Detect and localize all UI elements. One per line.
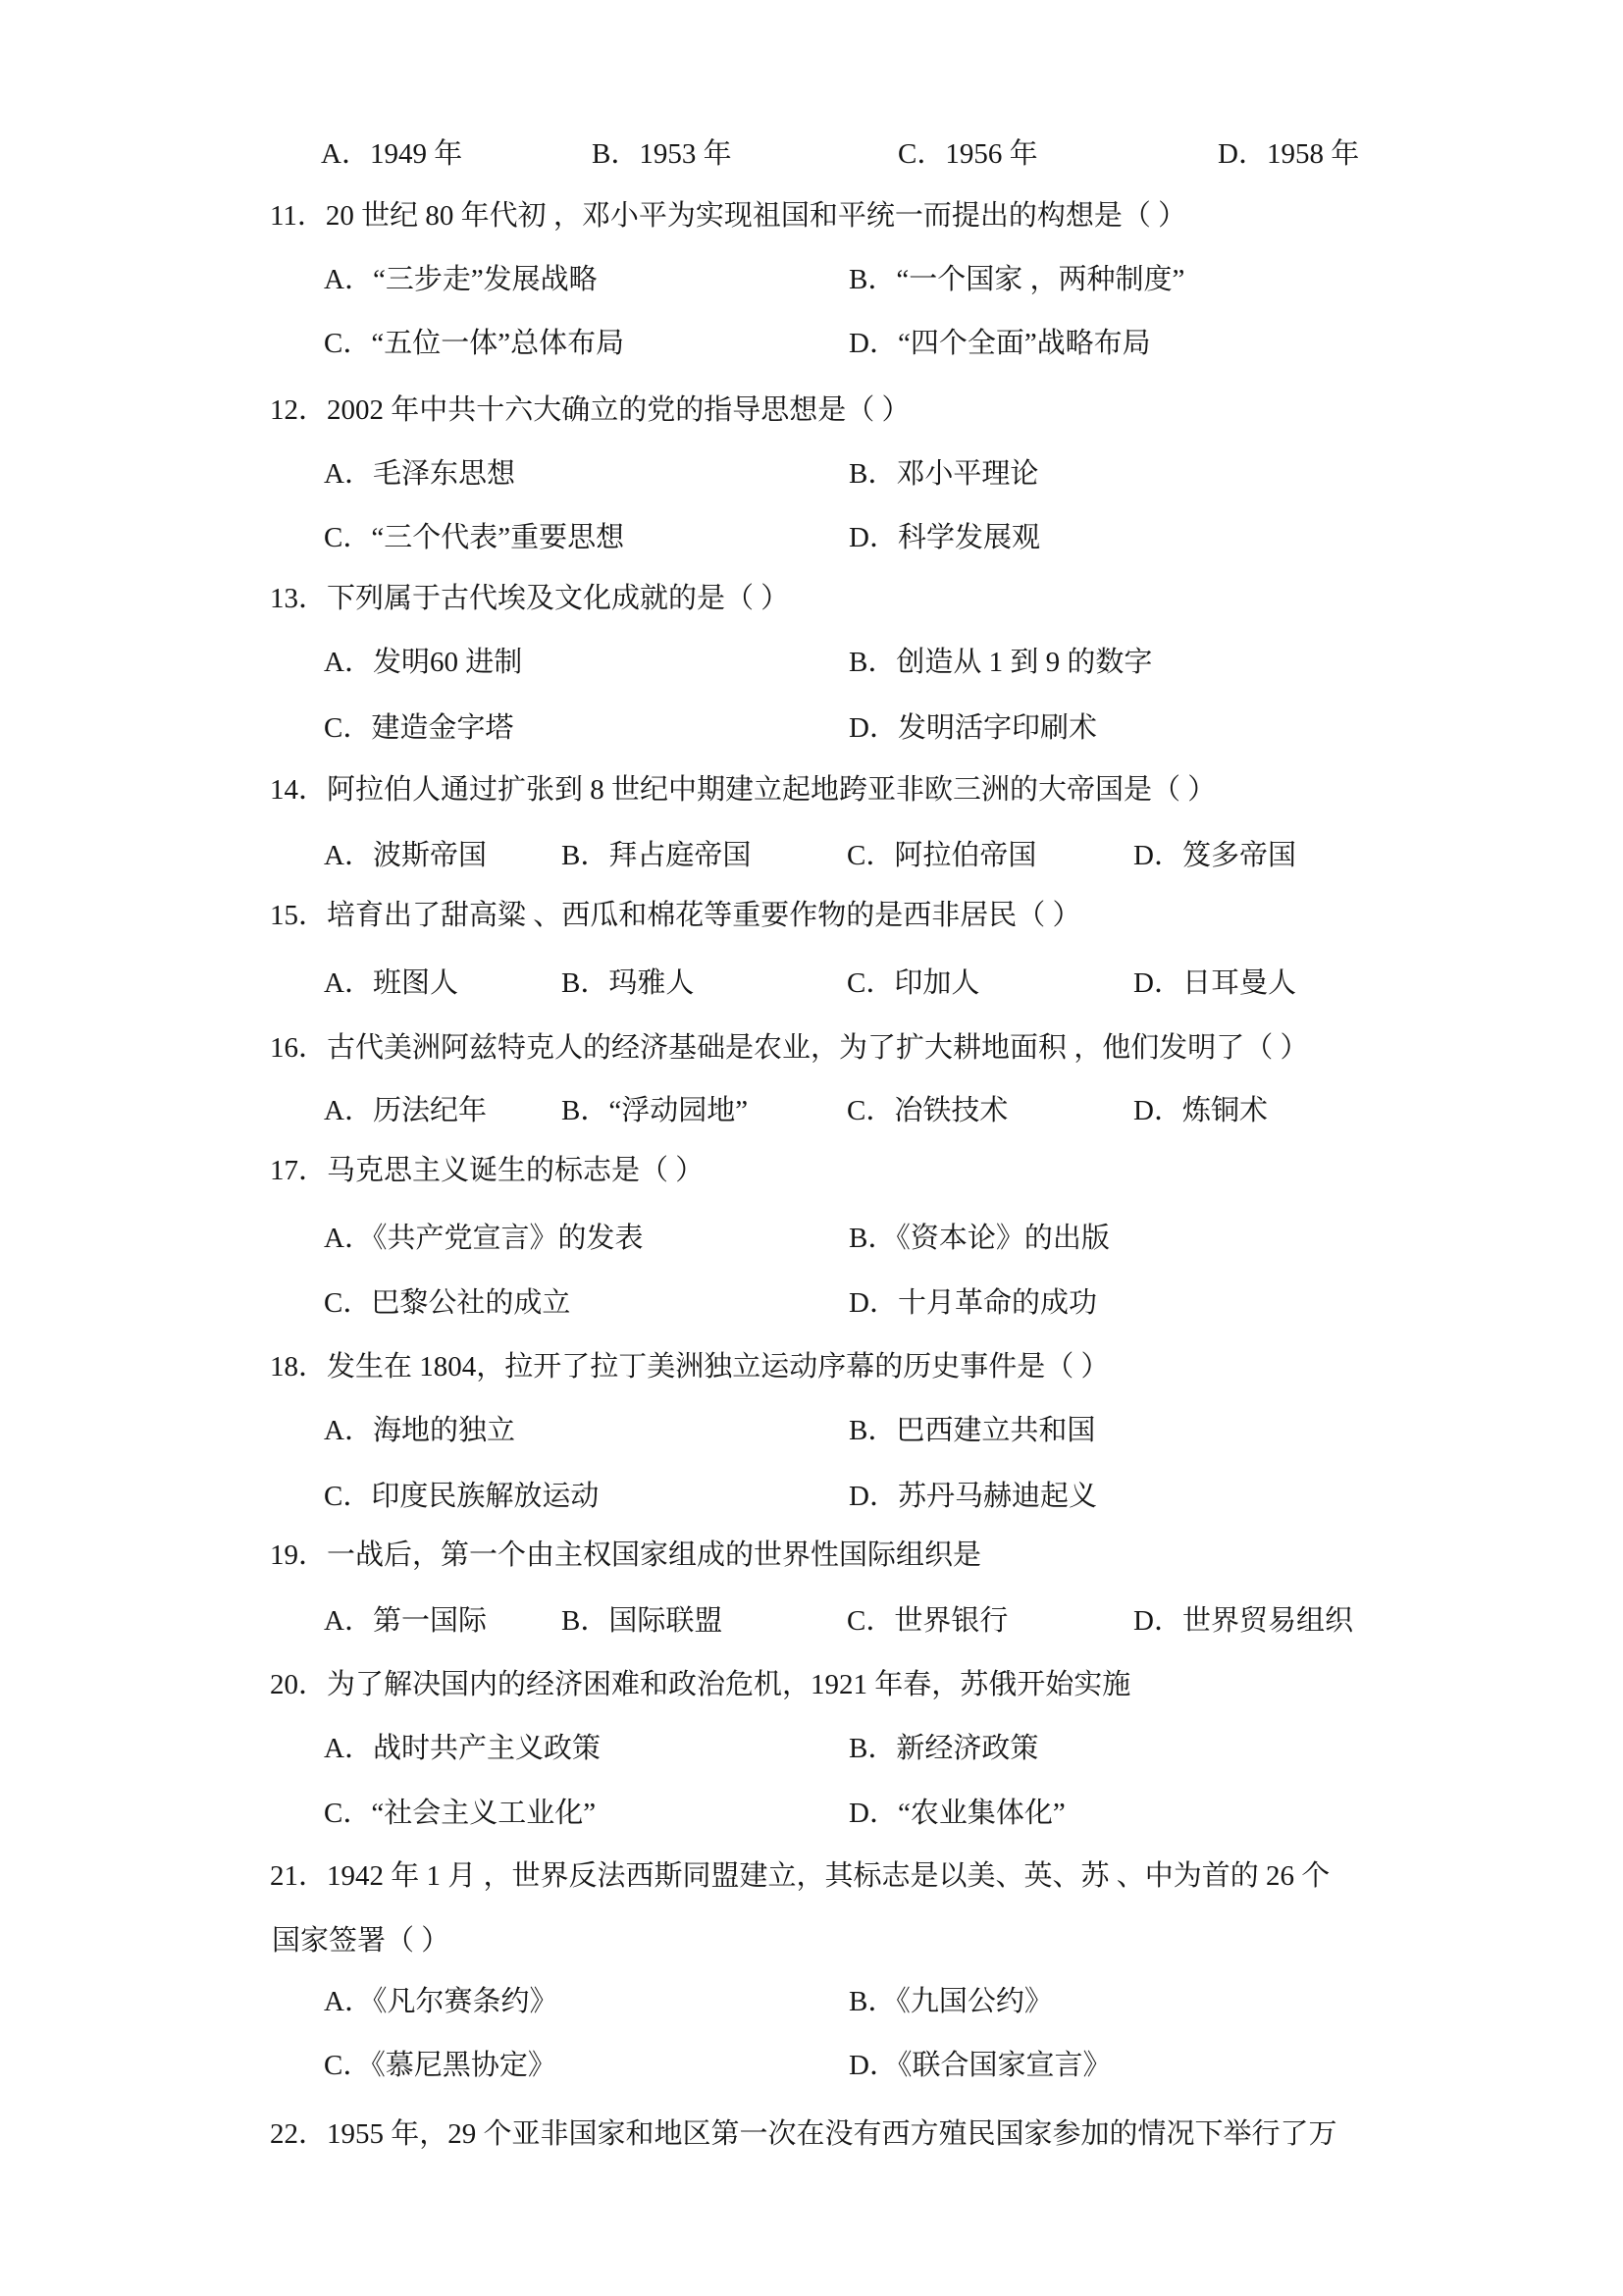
- question-22-row: 22．1955 年，29 个亚非国家和地区第一次在没有西方殖民国家参加的情况下举…: [0, 2113, 1623, 2156]
- question-17-options-row-2: C．巴黎公社的成立 D．十月革命的成功: [0, 1281, 1623, 1325]
- question-22-stem: 22．1955 年，29 个亚非国家和地区第一次在没有西方殖民国家参加的情况下举…: [270, 2113, 1337, 2156]
- question-20-option-d: D．“农业集体化”: [849, 1792, 1066, 1835]
- question-17-option-c: C．巴黎公社的成立: [324, 1281, 570, 1325]
- question-18-option-d: D．苏丹马赫迪起义: [849, 1475, 1097, 1518]
- question-15-row: 15．培育出了甜高粱 、西瓜和棉花等重要作物的是西非居民（ ）: [0, 894, 1623, 937]
- question-16-option-b: B．“浮动园地”: [561, 1089, 748, 1132]
- question-15-option-c: C．印加人: [847, 962, 979, 1005]
- question-12-option-a: A．毛泽东思想: [324, 452, 515, 496]
- question-13-options-row-1: A．发明60 进制 B．创造从 1 到 9 的数字: [0, 641, 1623, 684]
- question-12-stem: 12．2002 年中共十六大确立的党的指导思想是（ ）: [270, 389, 911, 432]
- question-21-options-row-2: C．《慕尼黑协定》 D．《联合国家宣言》: [0, 2044, 1623, 2087]
- question-10-option-d: D．1958 年: [1218, 132, 1359, 176]
- question-19-option-a: A．第一国际: [324, 1599, 487, 1643]
- question-15-stem: 15．培育出了甜高粱 、西瓜和棉花等重要作物的是西非居民（ ）: [270, 894, 1081, 937]
- question-18-options-row-2: C．印度民族解放运动 D．苏丹马赫迪起义: [0, 1475, 1623, 1518]
- question-12-row: 12．2002 年中共十六大确立的党的指导思想是（ ）: [0, 389, 1623, 432]
- question-11-row: 11．20 世纪 80 年代初 ，邓小平为实现祖国和平统一而提出的构想是（ ）: [0, 194, 1623, 237]
- question-11-stem: 11．20 世纪 80 年代初 ，邓小平为实现祖国和平统一而提出的构想是（ ）: [270, 194, 1186, 237]
- question-10-option-b: B．1953 年: [592, 132, 732, 176]
- question-18-option-b: B．巴西建立共和国: [849, 1409, 1095, 1452]
- question-10-option-c: C．1956 年: [898, 132, 1038, 176]
- question-15-options-row: A．班图人 B．玛雅人 C．印加人 D．日耳曼人: [0, 962, 1623, 1005]
- question-18-option-c: C．印度民族解放运动: [324, 1475, 599, 1518]
- question-15-option-a: A．班图人: [324, 962, 458, 1005]
- question-17-stem: 17．马克思主义诞生的标志是（ ）: [270, 1149, 704, 1192]
- question-12-option-b: B．邓小平理论: [849, 452, 1038, 496]
- question-14-option-b: B．拜占庭帝国: [561, 834, 751, 877]
- question-11-option-a: A．“三步走”发展战略: [324, 258, 598, 301]
- question-20-options-row-2: C．“社会主义工业化” D．“农业集体化”: [0, 1792, 1623, 1835]
- question-12-options-row-1: A．毛泽东思想 B．邓小平理论: [0, 452, 1623, 496]
- question-18-row: 18．发生在 1804，拉开了拉丁美洲独立运动序幕的历史事件是（ ）: [0, 1345, 1623, 1388]
- question-15-option-d: D．日耳曼人: [1133, 962, 1296, 1005]
- question-12-option-d: D．科学发展观: [849, 516, 1040, 559]
- question-11-option-b: B．“一个国家 ，两种制度”: [849, 258, 1184, 301]
- question-12-option-c: C．“三个代表”重要思想: [324, 516, 624, 559]
- question-18-option-a: A．海地的独立: [324, 1409, 515, 1452]
- question-13-option-c: C．建造金字塔: [324, 706, 513, 750]
- question-19-row: 19．一战后，第一个由主权国家组成的世界性国际组织是: [0, 1534, 1623, 1577]
- question-14-option-d: D．笈多帝国: [1133, 834, 1296, 877]
- question-17-option-a: A．《共产党宣言》的发表: [324, 1217, 643, 1260]
- question-21-option-a: A．《凡尔赛条约》: [324, 1980, 557, 2023]
- question-21-stem: 21．1942 年 1 月 ，世界反法西斯同盟建立，其标志是以美、英、苏 、中为…: [270, 1854, 1330, 1898]
- question-11-option-d: D．“四个全面”战略布局: [849, 322, 1151, 365]
- question-12-options-row-2: C．“三个代表”重要思想 D．科学发展观: [0, 516, 1623, 559]
- question-20-option-c: C．“社会主义工业化”: [324, 1792, 596, 1835]
- question-18-options-row-1: A．海地的独立 B．巴西建立共和国: [0, 1409, 1623, 1452]
- question-17-option-d: D．十月革命的成功: [849, 1281, 1097, 1325]
- question-16-option-c: C．冶铁技术: [847, 1089, 1008, 1132]
- question-10-option-a: A．1949 年: [321, 132, 462, 176]
- question-21-row: 21．1942 年 1 月 ，世界反法西斯同盟建立，其标志是以美、英、苏 、中为…: [0, 1854, 1623, 1898]
- question-14-stem: 14．阿拉伯人通过扩张到 8 世纪中期建立起地跨亚非欧三洲的大帝国是（ ）: [270, 768, 1216, 811]
- question-10-options-row: A．1949 年 B．1953 年 C．1956 年 D．1958 年: [0, 132, 1623, 176]
- question-17-options-row-1: A．《共产党宣言》的发表 B．《资本论》的出版: [0, 1217, 1623, 1260]
- question-21-stem-continued: 国家签署（ ）: [272, 1919, 449, 1962]
- question-20-row: 20．为了解决国内的经济困难和政治危机，1921 年春，苏俄开始实施: [0, 1663, 1623, 1706]
- question-20-option-b: B．新经济政策: [849, 1727, 1038, 1770]
- question-20-stem: 20．为了解决国内的经济困难和政治危机，1921 年春，苏俄开始实施: [270, 1663, 1130, 1706]
- question-18-stem: 18．发生在 1804，拉开了拉丁美洲独立运动序幕的历史事件是（ ）: [270, 1345, 1110, 1388]
- question-20-option-a: A．战时共产主义政策: [324, 1727, 601, 1770]
- question-21-options-row-1: A．《凡尔赛条约》 B．《九国公约》: [0, 1980, 1623, 2023]
- question-21-option-c: C．《慕尼黑协定》: [324, 2044, 556, 2087]
- question-14-option-a: A．波斯帝国: [324, 834, 487, 877]
- question-19-option-d: D．世界贸易组织: [1133, 1599, 1353, 1643]
- question-13-row: 13．下列属于古代埃及文化成就的是（ ）: [0, 577, 1623, 620]
- question-14-row: 14．阿拉伯人通过扩张到 8 世纪中期建立起地跨亚非欧三洲的大帝国是（ ）: [0, 768, 1623, 811]
- question-13-option-b: B．创造从 1 到 9 的数字: [849, 641, 1152, 684]
- question-16-options-row: A．历法纪年 B．“浮动园地” C．冶铁技术 D．炼铜术: [0, 1089, 1623, 1132]
- question-11-options-row-1: A．“三步走”发展战略 B．“一个国家 ，两种制度”: [0, 258, 1623, 301]
- question-21-option-b: B．《九国公约》: [849, 1980, 1053, 2023]
- question-16-option-a: A．历法纪年: [324, 1089, 487, 1132]
- question-14-option-c: C．阿拉伯帝国: [847, 834, 1036, 877]
- question-17-option-b: B．《资本论》的出版: [849, 1217, 1110, 1260]
- question-20-options-row-1: A．战时共产主义政策 B．新经济政策: [0, 1727, 1623, 1770]
- question-13-option-a: A．发明60 进制: [324, 641, 522, 684]
- question-21-row-continued: 国家签署（ ）: [0, 1919, 1623, 1962]
- question-17-row: 17．马克思主义诞生的标志是（ ）: [0, 1149, 1623, 1192]
- question-21-option-d: D．《联合国家宣言》: [849, 2044, 1111, 2087]
- question-16-row: 16．古代美洲阿兹特克人的经济基础是农业，为了扩大耕地面积 ，他们发明了（ ）: [0, 1026, 1623, 1070]
- question-16-option-d: D．炼铜术: [1133, 1089, 1268, 1132]
- question-11-option-c: C．“五位一体”总体布局: [324, 322, 624, 365]
- question-19-stem: 19．一战后，第一个由主权国家组成的世界性国际组织是: [270, 1534, 981, 1577]
- question-15-option-b: B．玛雅人: [561, 962, 694, 1005]
- question-19-option-c: C．世界银行: [847, 1599, 1008, 1643]
- question-13-stem: 13．下列属于古代埃及文化成就的是（ ）: [270, 577, 789, 620]
- question-14-options-row: A．波斯帝国 B．拜占庭帝国 C．阿拉伯帝国 D．笈多帝国: [0, 834, 1623, 877]
- question-19-option-b: B．国际联盟: [561, 1599, 722, 1643]
- question-13-options-row-2: C．建造金字塔 D．发明活字印刷术: [0, 706, 1623, 750]
- question-13-option-d: D．发明活字印刷术: [849, 706, 1097, 750]
- question-11-options-row-2: C．“五位一体”总体布局 D．“四个全面”战略布局: [0, 322, 1623, 365]
- exam-page: A．1949 年 B．1953 年 C．1956 年 D．1958 年 11．2…: [0, 0, 1623, 2296]
- question-16-stem: 16．古代美洲阿兹特克人的经济基础是农业，为了扩大耕地面积 ，他们发明了（ ）: [270, 1026, 1309, 1070]
- question-19-options-row: A．第一国际 B．国际联盟 C．世界银行 D．世界贸易组织: [0, 1599, 1623, 1643]
